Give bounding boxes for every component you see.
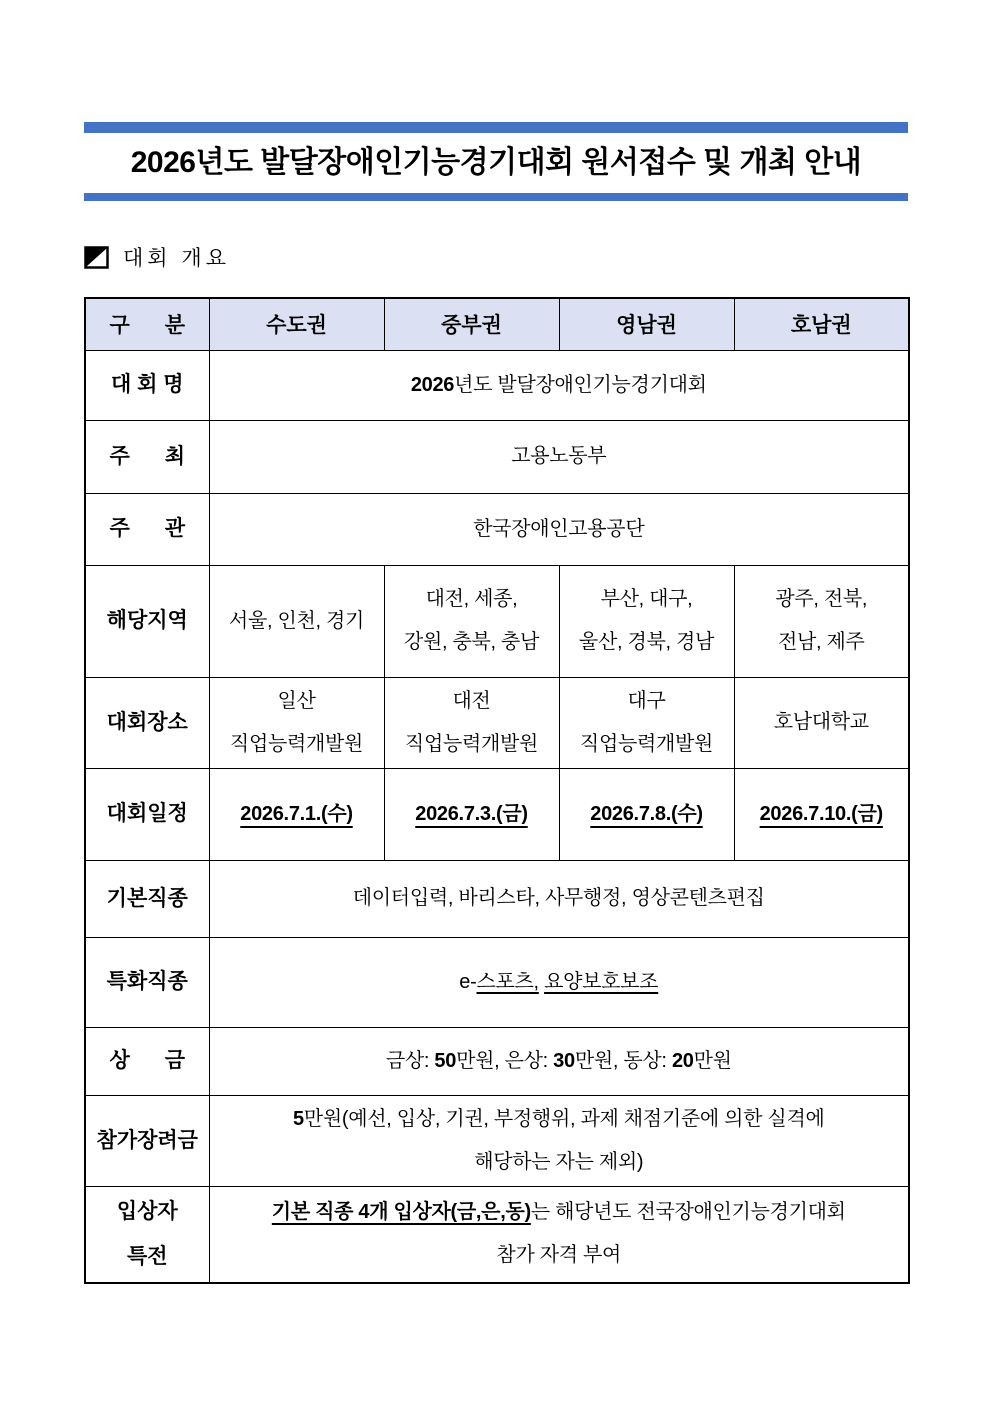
row-label-prize-money: 상 금 <box>85 1027 209 1095</box>
row-winner-benefit: 입상자특전 기본 직종 4개 입상자(금,은,동)는 해당년도 전국장애인기능경… <box>85 1186 909 1283</box>
schedule-yeongnamgwon: 2026.7.8.(수) <box>559 768 734 860</box>
regions-jungbugwon: 대전, 세종,강원, 충북, 충남 <box>384 565 559 677</box>
row-schedule: 대회일정 2026.7.1.(수) 2026.7.3.(금) 2026.7.8.… <box>85 768 909 860</box>
row-label-venue: 대회장소 <box>85 677 209 768</box>
section-heading-label: 대회 개요 <box>123 242 230 272</box>
row-venue: 대회장소 일산직업능력개발원 대전직업능력개발원 대구직업능력개발원 호남대학교 <box>85 677 909 768</box>
row-host: 주 최 고용노동부 <box>85 420 909 493</box>
value-winner-benefit: 기본 직종 4개 입상자(금,은,동)는 해당년도 전국장애인기능경기대회참가 … <box>209 1186 909 1283</box>
row-basic-trades: 기본직종 데이터입력, 바리스타, 사무행정, 영상콘텐츠편집 <box>85 860 909 937</box>
overview-table: 구 분 수도권 중부권 영남권 호남권 대 회 명 2026년도 발달장애인기능… <box>84 297 910 1284</box>
row-label-participation-incentive: 참가장려금 <box>85 1095 209 1186</box>
venue-honamgwon: 호남대학교 <box>734 677 909 768</box>
title-banner: 2026년도 발달장애인기능경기대회 원서접수 및 개최 안내 <box>84 122 908 201</box>
row-label-schedule: 대회일정 <box>85 768 209 860</box>
value-basic-trades: 데이터입력, 바리스타, 사무행정, 영상콘텐츠편집 <box>209 860 909 937</box>
venue-jungbugwon: 대전직업능력개발원 <box>384 677 559 768</box>
header-cell-category: 구 분 <box>85 298 209 350</box>
value-host: 고용노동부 <box>209 420 909 493</box>
value-competition-name: 2026년도 발달장애인기능경기대회 <box>209 350 909 420</box>
row-label-specialized-trades: 특화직종 <box>85 937 209 1027</box>
row-participation-incentive: 참가장려금 5만원(예선, 입상, 기권, 부정행위, 과제 채점기준에 의한 … <box>85 1095 909 1186</box>
regions-yeongnamgwon: 부산, 대구,울산, 경북, 경남 <box>559 565 734 677</box>
value-specialized-trades: e-스포츠, 요양보호보조 <box>209 937 909 1027</box>
value-participation-incentive: 5만원(예선, 입상, 기권, 부정행위, 과제 채점기준에 의한 실격에해당하… <box>209 1095 909 1186</box>
row-label-organizer: 주 관 <box>85 493 209 565</box>
page: 2026년도 발달장애인기능경기대회 원서접수 및 개최 안내 대회 개요 구 … <box>0 0 992 1403</box>
row-prize-money: 상 금 금상: 50만원, 은상: 30만원, 동상: 20만원 <box>85 1027 909 1095</box>
schedule-honamgwon: 2026.7.10.(금) <box>734 768 909 860</box>
header-cell-sudogwon: 수도권 <box>209 298 384 350</box>
row-competition-name: 대 회 명 2026년도 발달장애인기능경기대회 <box>85 350 909 420</box>
row-label-basic-trades: 기본직종 <box>85 860 209 937</box>
accent-bar-top <box>84 122 908 133</box>
section-heading: 대회 개요 <box>84 243 908 271</box>
value-prize-money: 금상: 50만원, 은상: 30만원, 동상: 20만원 <box>209 1027 909 1095</box>
row-label-applicable-regions: 해당지역 <box>85 565 209 677</box>
document-content: 2026년도 발달장애인기능경기대회 원서접수 및 개최 안내 대회 개요 구 … <box>84 0 908 1284</box>
table-header-row: 구 분 수도권 중부권 영남권 호남권 <box>85 298 909 350</box>
row-label-winner-benefit: 입상자특전 <box>85 1186 209 1283</box>
accent-bar-bottom <box>84 193 908 201</box>
page-title: 2026년도 발달장애인기능경기대회 원서접수 및 개최 안내 <box>84 133 908 193</box>
regions-sudogwon: 서울, 인천, 경기 <box>209 565 384 677</box>
value-organizer: 한국장애인고용공단 <box>209 493 909 565</box>
venue-sudogwon: 일산직업능력개발원 <box>209 677 384 768</box>
regions-honamgwon: 광주, 전북,전남, 제주 <box>734 565 909 677</box>
venue-yeongnamgwon: 대구직업능력개발원 <box>559 677 734 768</box>
schedule-jungbugwon: 2026.7.3.(금) <box>384 768 559 860</box>
row-label-host: 주 최 <box>85 420 209 493</box>
header-cell-jungbugwon: 중부권 <box>384 298 559 350</box>
row-organizer: 주 관 한국장애인고용공단 <box>85 493 909 565</box>
header-cell-yeongnamgwon: 영남권 <box>559 298 734 350</box>
row-applicable-regions: 해당지역 서울, 인천, 경기 대전, 세종,강원, 충북, 충남 부산, 대구… <box>85 565 909 677</box>
row-label-competition-name: 대 회 명 <box>85 350 209 420</box>
header-cell-honamgwon: 호남권 <box>734 298 909 350</box>
row-specialized-trades: 특화직종 e-스포츠, 요양보호보조 <box>85 937 909 1027</box>
half-filled-square-icon <box>84 246 109 269</box>
schedule-sudogwon: 2026.7.1.(수) <box>209 768 384 860</box>
